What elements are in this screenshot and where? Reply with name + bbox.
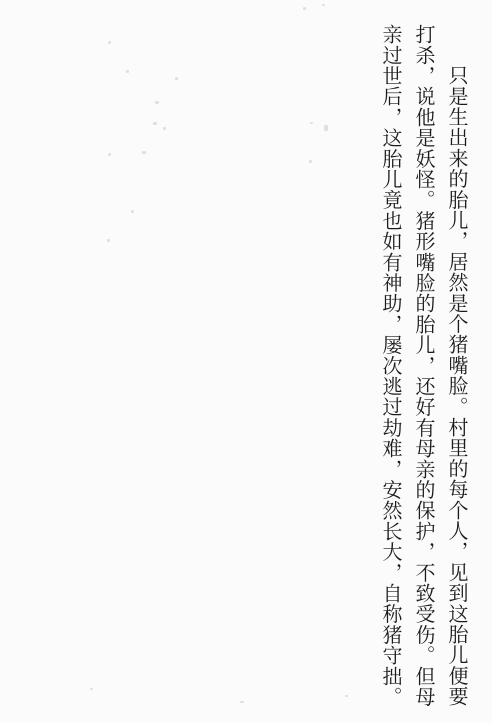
scan-speckle: [155, 101, 159, 104]
scan-speckle: [163, 127, 166, 130]
scan-speckle: [90, 688, 93, 690]
scan-speckle: [131, 210, 134, 213]
text-column-2: 打杀，说他是妖怪。猪形嘴脸的胎儿，还好有母亲的保护，不致受伤。但母: [406, 24, 439, 710]
vertical-text-paragraph: 只是生出来的胎儿，居然是个猪嘴脸。村里的每个人，见到这胎儿便要 打杀，说他是妖怪…: [373, 24, 472, 710]
scan-speckle: [322, 4, 325, 6]
book-page: 只是生出来的胎儿，居然是个猪嘴脸。村里的每个人，见到这胎儿便要 打杀，说他是妖怪…: [0, 0, 492, 723]
text-column-3: 亲过世后，这胎儿竟也如有神助，屡次逃过劫难，安然长大，自称猪守拙。: [373, 24, 406, 710]
text-column-1: 只是生出来的胎儿，居然是个猪嘴脸。村里的每个人，见到这胎儿便要: [439, 24, 472, 710]
scan-speckle: [108, 153, 111, 156]
scan-speckle: [126, 70, 129, 73]
scan-speckle: [142, 151, 146, 154]
scan-speckle: [175, 77, 178, 80]
scan-speckle: [108, 41, 111, 44]
scan-speckle: [153, 122, 157, 125]
scan-speckle: [309, 160, 312, 163]
scan-speckle: [303, 7, 306, 10]
scan-speckle: [324, 125, 328, 131]
scan-speckle: [107, 239, 110, 242]
scan-speckle: [240, 701, 244, 703]
scan-speckle: [345, 695, 348, 697]
scan-speckle: [310, 122, 313, 124]
